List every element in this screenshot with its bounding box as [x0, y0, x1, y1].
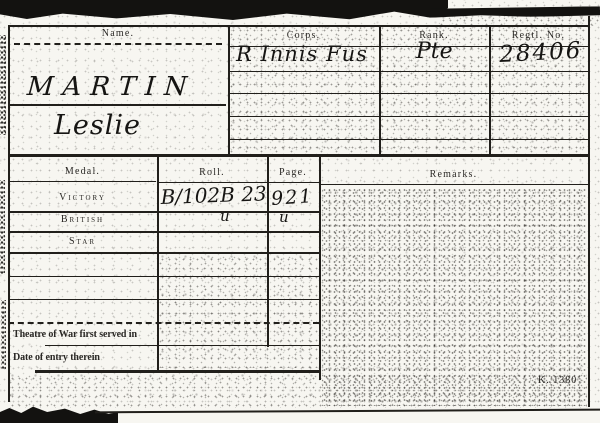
- corps-value: R Innis Fus: [236, 42, 368, 66]
- blank-row-line: [8, 299, 319, 300]
- corps-column-header: Corps.: [228, 30, 379, 41]
- name-header-underline: [14, 43, 222, 45]
- page-column-header: Page.: [267, 167, 319, 178]
- noise-bottom-strip: [9, 374, 587, 408]
- british-row-line: [8, 231, 319, 233]
- blank-row-line: [8, 322, 319, 324]
- victory-roll-value: B/102B 23: [160, 181, 267, 209]
- row-line: [228, 116, 588, 117]
- star-row-line: [8, 252, 319, 254]
- form-number: K. 1380: [538, 375, 577, 386]
- surname-underline: [10, 104, 226, 106]
- divider-page-remarks: [319, 156, 321, 380]
- blank-row-line: [8, 276, 319, 277]
- medal-row-star-label: Star: [8, 236, 157, 247]
- row-line: [228, 93, 588, 94]
- divider-medal-roll: [157, 156, 159, 372]
- medal-header-underline: [10, 181, 156, 182]
- roll-column-header: Roll.: [157, 167, 267, 178]
- divider-corps-rank: [379, 25, 381, 155]
- medal-index-card: Name. Corps. Rank. Regtl. No. MARTIN Les…: [0, 0, 600, 423]
- scan-band-top: [0, 0, 448, 20]
- medal-row-victory-label: Victory: [8, 192, 157, 203]
- row-line: [228, 139, 588, 140]
- card-right-border: [588, 16, 590, 407]
- regtl-no-value: 28406: [499, 38, 583, 68]
- medal-column-header: Medal.: [8, 166, 157, 177]
- scan-edge-smudge: [1, 300, 6, 370]
- theatre-row-line: [45, 345, 319, 346]
- remarks-header-underline: [319, 184, 588, 185]
- card-bottom-border: [95, 409, 600, 414]
- theatre-of-war-label: Theatre of War first served in: [13, 329, 137, 340]
- medal-row-british-label: British: [8, 214, 157, 225]
- divider-rank-regtl: [489, 25, 491, 155]
- card-top-border: [8, 25, 590, 27]
- remarks-column-header: Remarks.: [319, 169, 588, 180]
- british-roll-ditto-mark: u: [220, 207, 230, 225]
- noise-remarks-region: [322, 187, 586, 406]
- rank-value: Pte: [416, 39, 453, 64]
- british-page-ditto-mark: u: [279, 208, 289, 226]
- victory-page-value: 921: [270, 185, 314, 210]
- date-of-entry-label: Date of entry therein: [13, 352, 100, 363]
- forename-value: Leslie: [54, 110, 141, 141]
- row-line: [228, 71, 588, 72]
- scan-edge-smudge: [0, 35, 6, 135]
- section-divider: [8, 154, 590, 157]
- date-row-line: [35, 370, 319, 373]
- divider-name-corps: [228, 25, 230, 155]
- name-column-header: Name.: [8, 28, 228, 39]
- scan-edge-smudge: [0, 180, 5, 275]
- victory-row-line: [8, 211, 319, 213]
- scan-band-top-right: [430, 6, 600, 17]
- noise-rollpage-region: [159, 255, 318, 368]
- surname-value: MARTIN: [26, 72, 197, 102]
